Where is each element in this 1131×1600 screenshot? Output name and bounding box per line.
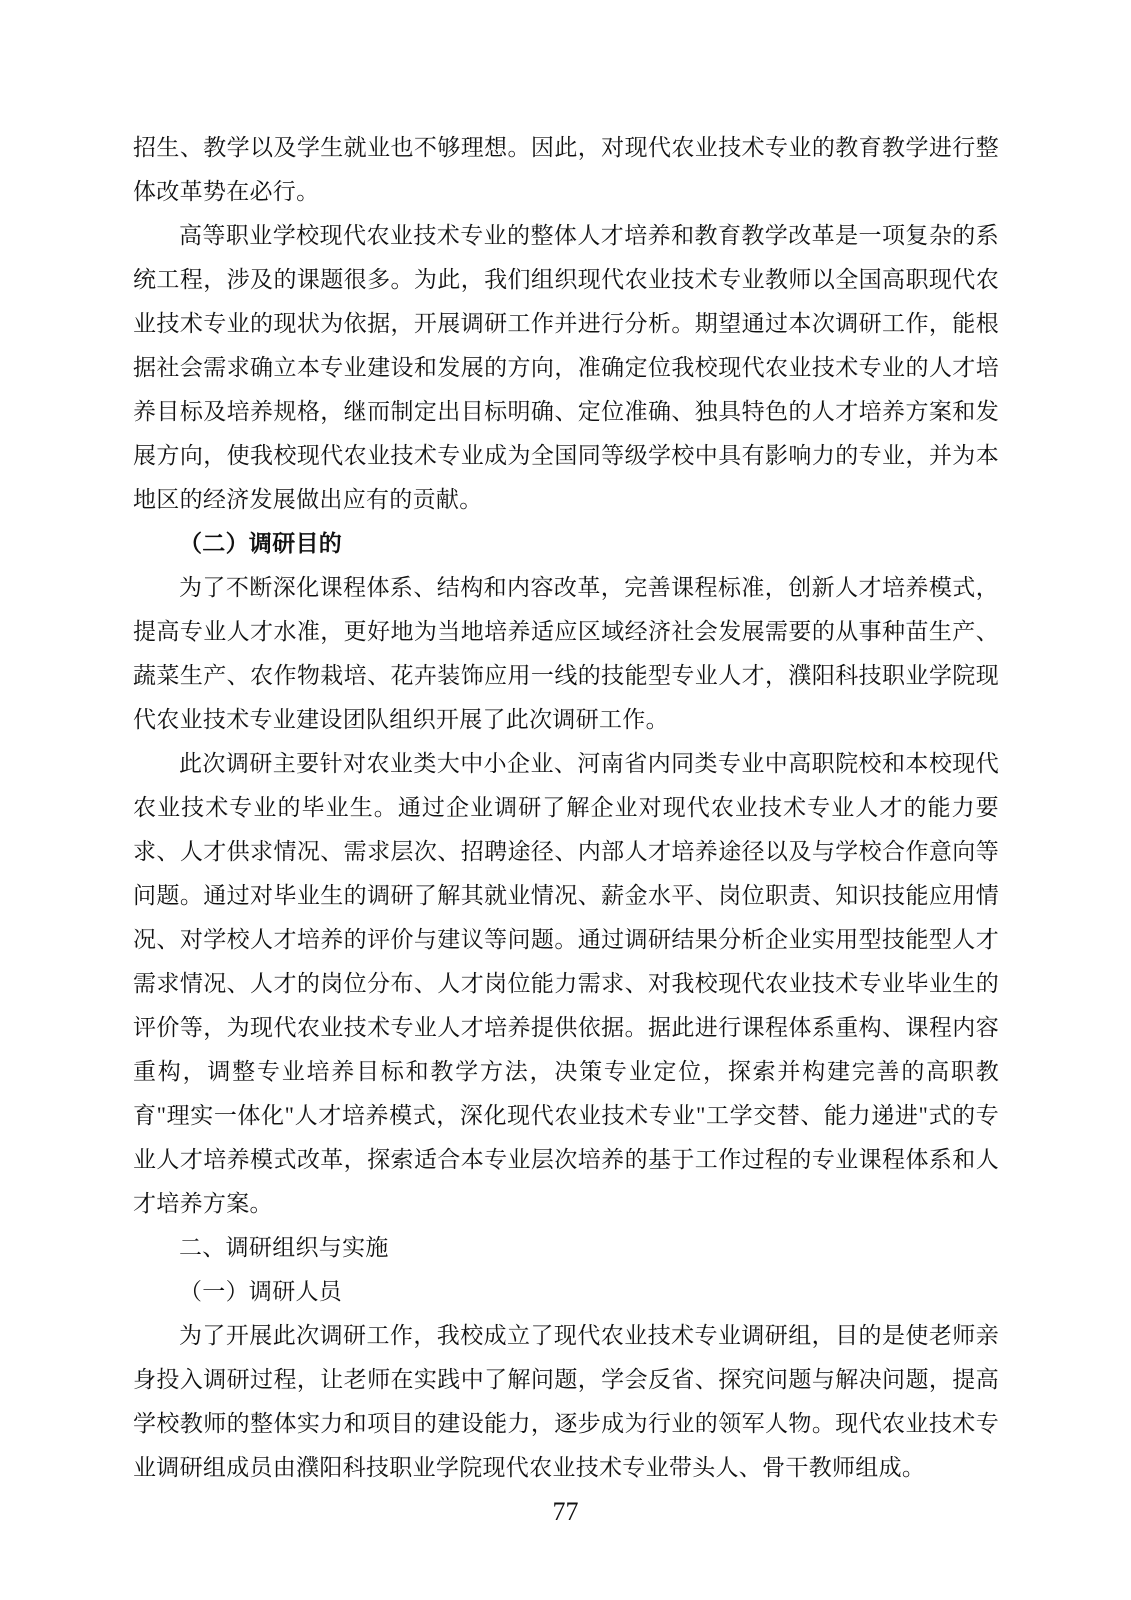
section-heading-survey-purpose: （二）调研目的 [133, 522, 999, 566]
paragraph: 为了不断深化课程体系、结构和内容改革，完善课程标准，创新人才培养模式，提高专业人… [133, 566, 999, 742]
section-heading-survey-personnel: （一）调研人员 [133, 1270, 999, 1314]
paragraph: 此次调研主要针对农业类大中小企业、河南省内同类专业中高职院校和本校现代农业技术专… [133, 742, 999, 1226]
document-body: 招生、教学以及学生就业也不够理想。因此，对现代农业技术专业的教育教学进行整体改革… [133, 126, 999, 1490]
paragraph: 为了开展此次调研工作，我校成立了现代农业技术专业调研组，目的是使老师亲身投入调研… [133, 1314, 999, 1490]
section-heading-survey-organization: 二、调研组织与实施 [133, 1226, 999, 1270]
document-page: 招生、教学以及学生就业也不够理想。因此，对现代农业技术专业的教育教学进行整体改革… [0, 0, 1131, 1600]
paragraph: 高等职业学校现代农业技术专业的整体人才培养和教育教学改革是一项复杂的系统工程，涉… [133, 214, 999, 522]
page-number: 77 [0, 1494, 1131, 1530]
paragraph-continuation: 招生、教学以及学生就业也不够理想。因此，对现代农业技术专业的教育教学进行整体改革… [133, 126, 999, 214]
